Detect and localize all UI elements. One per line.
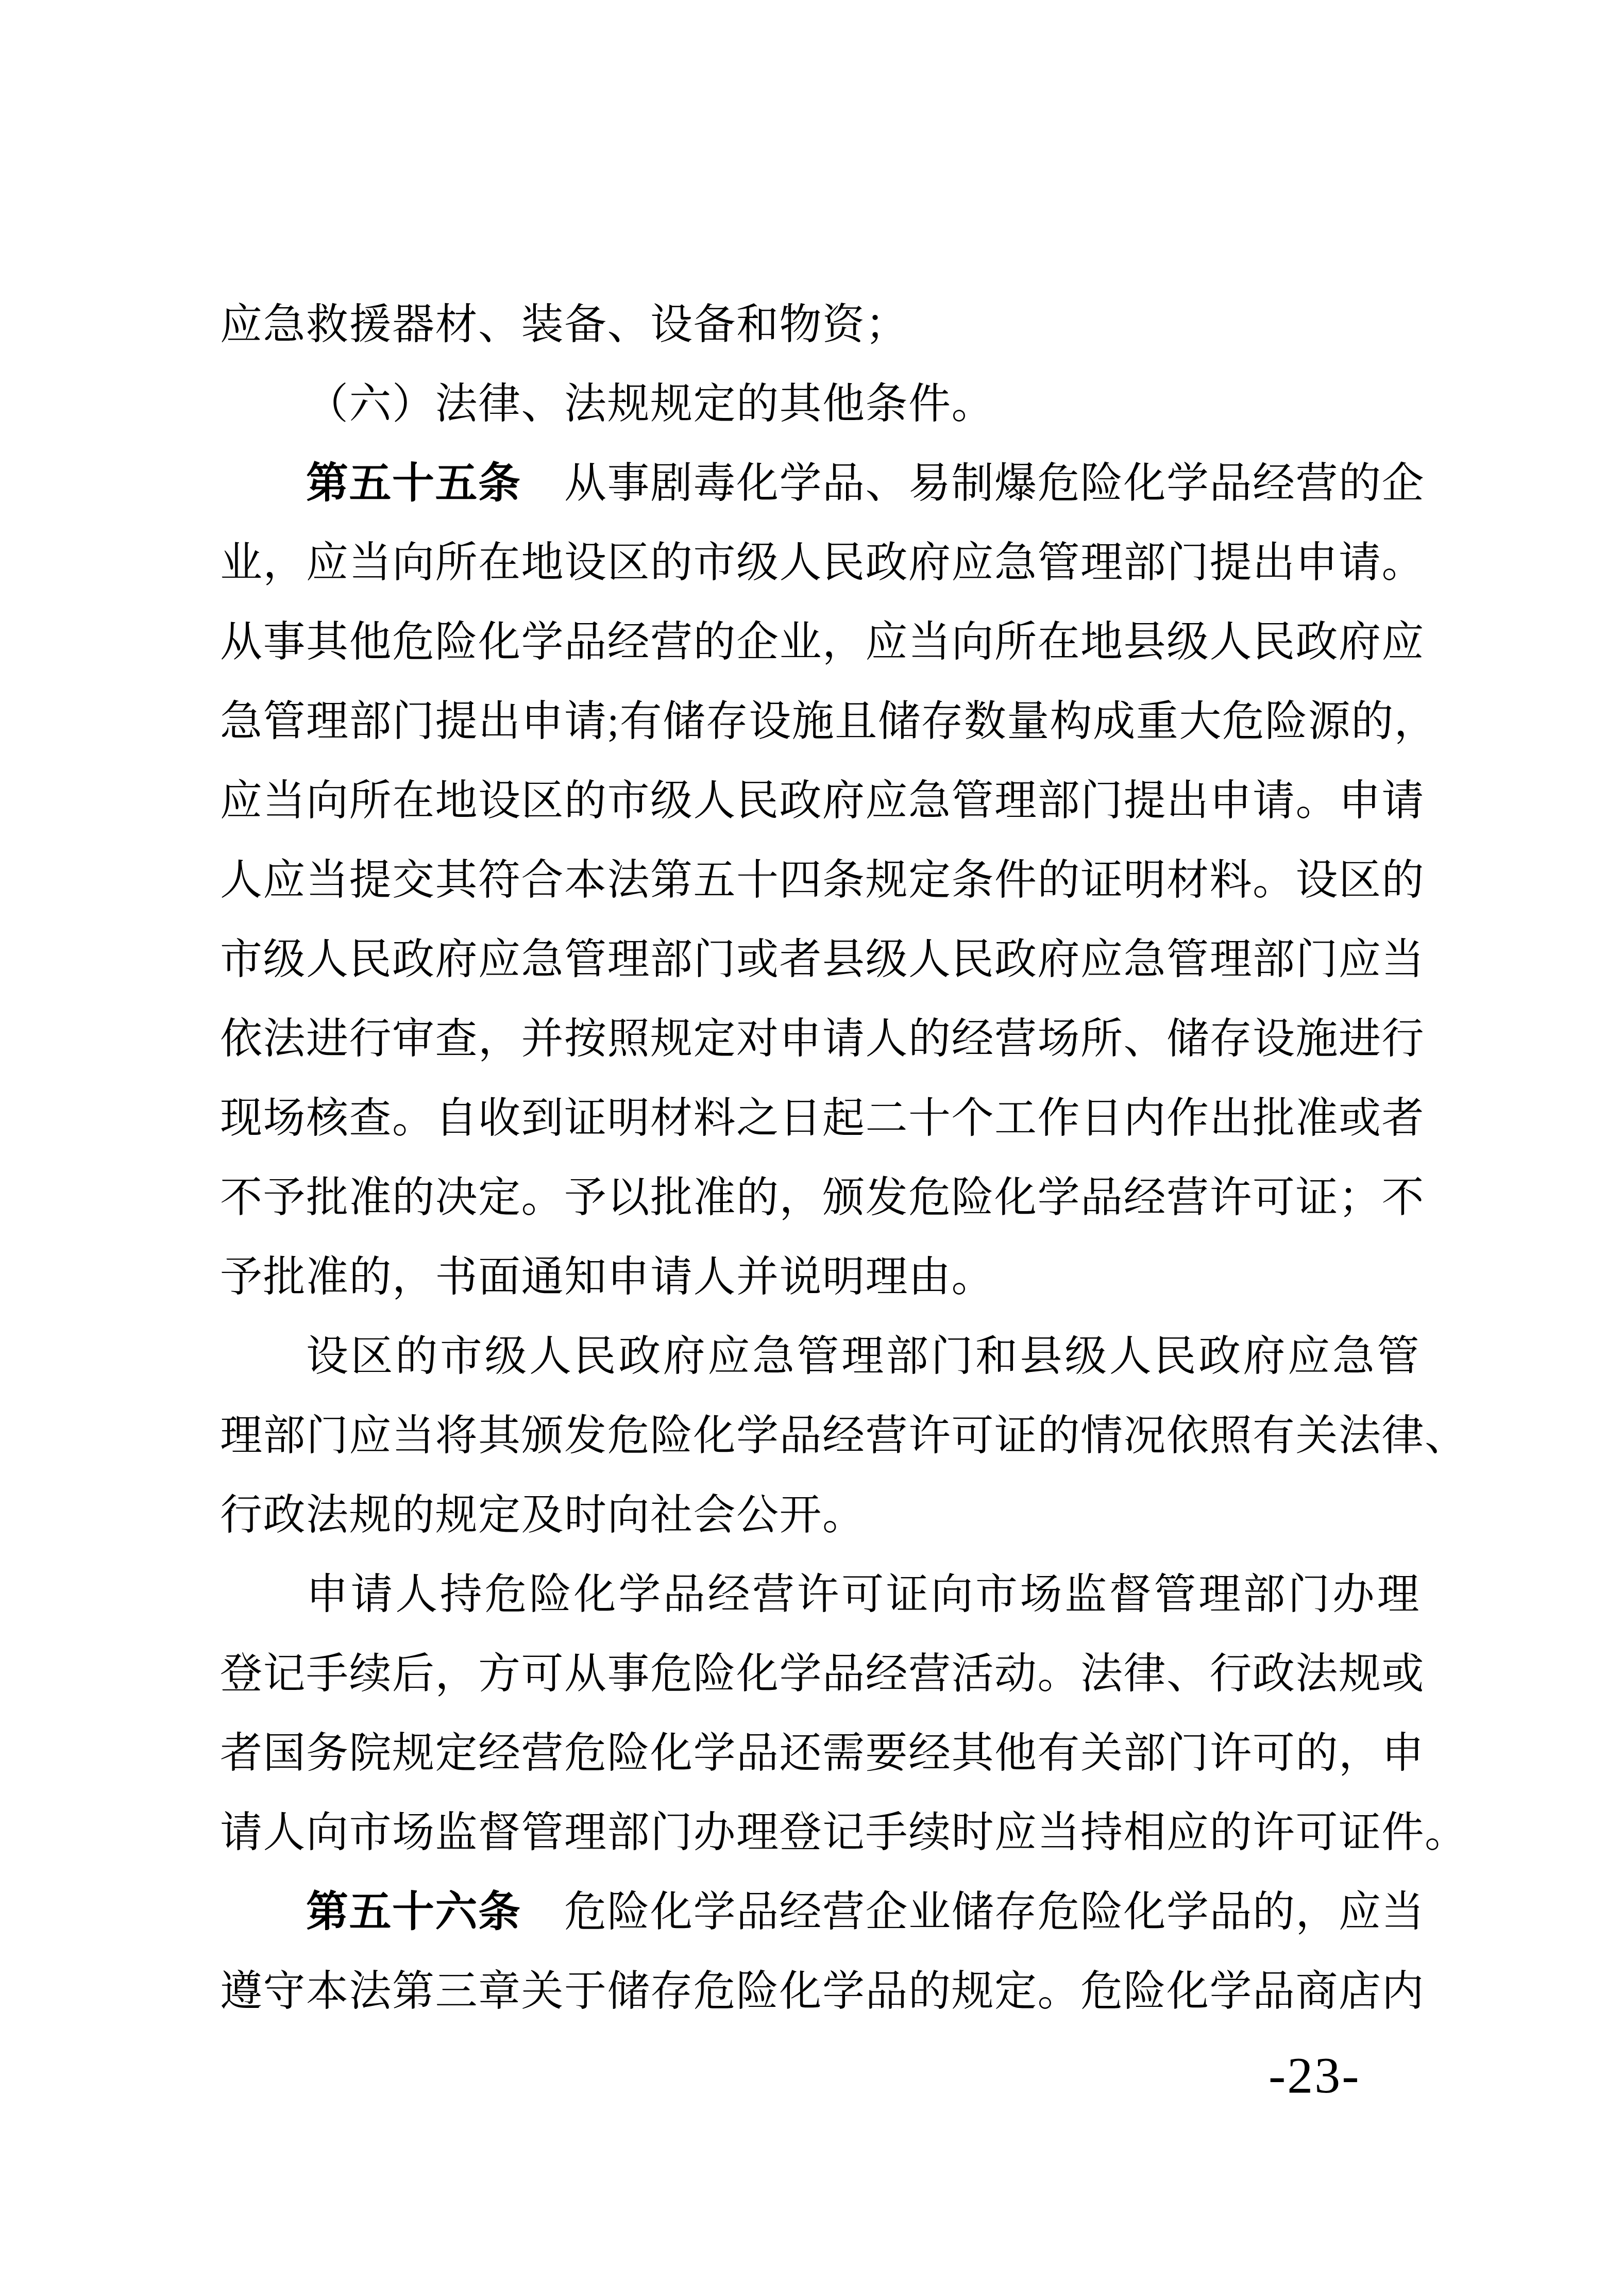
document-body: 应急救援器材、装备、设备和物资；（六）法律、法规规定的其他条件。第五十五条 从事… [220, 285, 1508, 2031]
body-text: 理部门应当将其颁发危险化学品经营许可证的情况依照有关法律、 [220, 1412, 1468, 1459]
body-text: 不予批准的决定。予以批准的，颁发危险化学品经营许可证；不 [220, 1174, 1425, 1221]
text-line: 现场核查。自收到证明材料之日起二十个工作日内作出批准或者 [220, 1079, 1508, 1158]
text-line: 第五十六条 危险化学品经营企业储存危险化学品的，应当 [220, 1872, 1508, 1952]
body-text: 应急救援器材、装备、设备和物资； [220, 301, 908, 348]
text-line: 急管理部门提出申请;有储存设施且储存数量构成重大危险源的， [220, 682, 1508, 761]
body-text: 应当向所在地设区的市级人民政府应急管理部门提出申请。申请 [220, 777, 1425, 824]
text-line: 应急救援器材、装备、设备和物资； [220, 285, 1508, 364]
body-text: 遵守本法第三章关于储存危险化学品的规定。危险化学品商店内 [220, 1968, 1425, 2015]
text-line: 者国务院规定经营危险化学品还需要经其他有关部门许可的，申 [220, 1714, 1508, 1793]
text-line: 应当向所在地设区的市级人民政府应急管理部门提出申请。申请 [220, 761, 1508, 841]
text-line: 不予批准的决定。予以批准的，颁发危险化学品经营许可证；不 [220, 1158, 1508, 1237]
text-line: 依法进行审查，并按照规定对申请人的经营场所、储存设施进行 [220, 999, 1508, 1079]
text-line: （六）法律、法规规定的其他条件。 [220, 364, 1508, 444]
body-text: 者国务院规定经营危险化学品还需要经其他有关部门许可的，申 [220, 1730, 1425, 1777]
body-text: 急管理部门提出申请;有储存设施且储存数量构成重大危险源的， [220, 698, 1437, 745]
text-line: 理部门应当将其颁发危险化学品经营许可证的情况依照有关法律、 [220, 1396, 1508, 1476]
body-text: 市级人民政府应急管理部门或者县级人民政府应急管理部门应当 [220, 936, 1425, 983]
body-text: 人应当提交其符合本法第五十四条规定条件的证明材料。设区的 [220, 857, 1425, 903]
page-number: -23- [1269, 2037, 1361, 2114]
body-text: （六）法律、法规规定的其他条件。 [306, 380, 994, 427]
text-line: 遵守本法第三章关于储存危险化学品的规定。危险化学品商店内 [220, 1952, 1508, 2031]
body-text: 从事剧毒化学品、易制爆危险化学品经营的企 [521, 460, 1425, 507]
body-text: 从事其他危险化学品经营的企业，应当向所在地县级人民政府应 [220, 618, 1425, 665]
text-line: 业，应当向所在地设区的市级人民政府应急管理部门提出申请。 [220, 523, 1508, 602]
text-line: 从事其他危险化学品经营的企业，应当向所在地县级人民政府应 [220, 602, 1508, 682]
article-number-heading: 第五十六条 [306, 1888, 521, 1935]
text-line: 设区的市级人民政府应急管理部门和县级人民政府应急管 [220, 1317, 1508, 1396]
text-line: 登记手续后，方可从事危险化学品经营活动。法律、行政法规或 [220, 1634, 1508, 1714]
document-page: 应急救援器材、装备、设备和物资；（六）法律、法规规定的其他条件。第五十五条 从事… [0, 0, 1623, 2296]
body-text: 危险化学品经营企业储存危险化学品的，应当 [521, 1888, 1425, 1935]
body-text: 予批准的，书面通知申请人并说明理由。 [220, 1253, 994, 1300]
body-text: 业，应当向所在地设区的市级人民政府应急管理部门提出申请。 [220, 539, 1425, 586]
body-text: 请人向市场监督管理部门办理登记手续时应当持相应的许可证件。 [220, 1809, 1468, 1856]
text-line: 市级人民政府应急管理部门或者县级人民政府应急管理部门应当 [220, 920, 1508, 999]
text-line: 人应当提交其符合本法第五十四条规定条件的证明材料。设区的 [220, 841, 1508, 920]
body-text: 行政法规的规定及时向社会公开。 [220, 1491, 866, 1538]
body-text: 设区的市级人民政府应急管理部门和县级人民政府应急管 [306, 1333, 1422, 1380]
text-line: 行政法规的规定及时向社会公开。 [220, 1476, 1508, 1555]
article-number-heading: 第五十五条 [306, 460, 521, 507]
body-text: 依法进行审查，并按照规定对申请人的经营场所、储存设施进行 [220, 1015, 1425, 1062]
body-text: 申请人持危险化学品经营许可证向市场监督管理部门办理 [306, 1571, 1422, 1618]
text-line: 第五十五条 从事剧毒化学品、易制爆危险化学品经营的企 [220, 444, 1508, 523]
text-line: 申请人持危险化学品经营许可证向市场监督管理部门办理 [220, 1555, 1508, 1634]
body-text: 登记手续后，方可从事危险化学品经营活动。法律、行政法规或 [220, 1650, 1425, 1697]
text-line: 请人向市场监督管理部门办理登记手续时应当持相应的许可证件。 [220, 1793, 1508, 1872]
text-line: 予批准的，书面通知申请人并说明理由。 [220, 1237, 1508, 1317]
body-text: 现场核查。自收到证明材料之日起二十个工作日内作出批准或者 [220, 1095, 1425, 1142]
